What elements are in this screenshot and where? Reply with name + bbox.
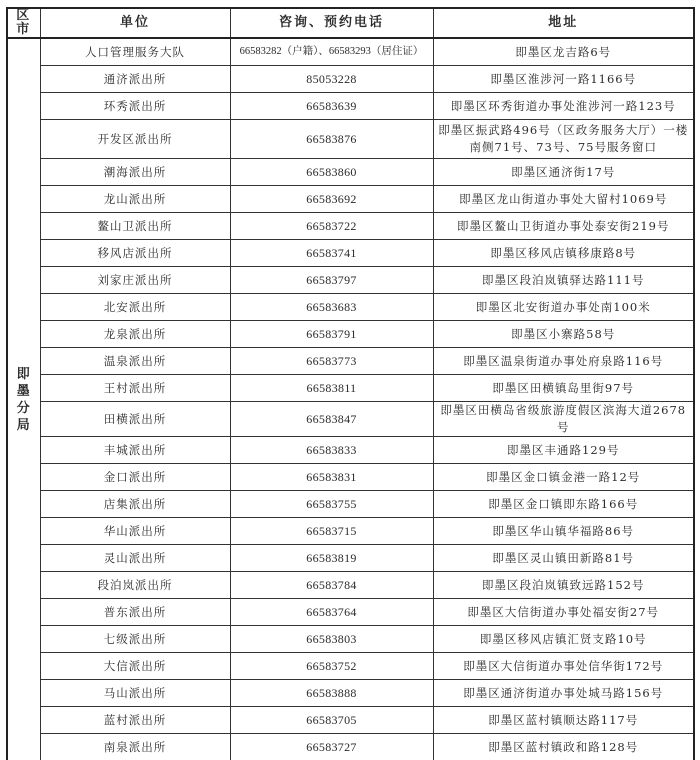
address-cell: 即墨区鳌山卫街道办事处泰安街219号 <box>433 213 694 240</box>
address-cell: 即墨区田横镇岛里街97号 <box>433 375 694 402</box>
address-cell: 即墨区金口镇即东路166号 <box>433 491 694 518</box>
unit-cell: 龙山派出所 <box>40 186 230 213</box>
table-row: 店集派出所66583755即墨区金口镇即东路166号 <box>7 491 694 518</box>
district-char: 即 <box>8 366 40 383</box>
table-row: 温泉派出所66583773即墨区温泉街道办事处府泉路116号 <box>7 348 694 375</box>
phone-cell: 66583722 <box>230 213 433 240</box>
unit-cell: 大信派出所 <box>40 653 230 680</box>
address-cell: 即墨区华山镇华福路86号 <box>433 518 694 545</box>
phone-cell: 66583755 <box>230 491 433 518</box>
phone-cell: 66583683 <box>230 294 433 321</box>
unit-cell: 开发区派出所 <box>40 120 230 159</box>
table-row: 田横派出所66583847即墨区田横岛省级旅游度假区滨海大道2678号 <box>7 402 694 437</box>
unit-cell: 移风店派出所 <box>40 240 230 267</box>
header-address: 地址 <box>433 8 694 38</box>
police-contact-table: 区市 单位 咨询、预约电话 地址 即墨分局人口管理服务大队66583282（户籍… <box>6 7 695 760</box>
unit-cell: 龙泉派出所 <box>40 321 230 348</box>
header-district: 区市 <box>7 8 40 38</box>
unit-cell: 鳌山卫派出所 <box>40 213 230 240</box>
address-cell: 即墨区移风店镇移康路8号 <box>433 240 694 267</box>
district-char: 墨 <box>8 383 40 400</box>
phone-cell: 66583784 <box>230 572 433 599</box>
address-cell: 即墨区小寨路58号 <box>433 321 694 348</box>
table-row: 金口派出所66583831即墨区金口镇金港一路12号 <box>7 464 694 491</box>
phone-cell: 66583705 <box>230 707 433 734</box>
phone-cell: 66583692 <box>230 186 433 213</box>
unit-cell: 段泊岚派出所 <box>40 572 230 599</box>
table-row: 通济派出所85053228即墨区淮涉河一路1166号 <box>7 66 694 93</box>
unit-cell: 人口管理服务大队 <box>40 38 230 66</box>
unit-cell: 普东派出所 <box>40 599 230 626</box>
phone-cell: 66583791 <box>230 321 433 348</box>
phone-cell: 85053228 <box>230 66 433 93</box>
address-cell: 即墨区龙吉路6号 <box>433 38 694 66</box>
phone-cell: 66583860 <box>230 159 433 186</box>
address-cell: 即墨区通济街17号 <box>433 159 694 186</box>
address-cell: 即墨区北安街道办事处南100米 <box>433 294 694 321</box>
table-row: 大信派出所66583752即墨区大信街道办事处信华街172号 <box>7 653 694 680</box>
phone-cell: 66583819 <box>230 545 433 572</box>
unit-cell: 丰城派出所 <box>40 437 230 464</box>
table-row: 丰城派出所66583833即墨区丰通路129号 <box>7 437 694 464</box>
unit-cell: 店集派出所 <box>40 491 230 518</box>
address-cell: 即墨区丰通路129号 <box>433 437 694 464</box>
address-cell: 即墨区龙山街道办事处大留村1069号 <box>433 186 694 213</box>
table-row: 即墨分局人口管理服务大队66583282（户籍）、66583293（居住证）即墨… <box>7 38 694 66</box>
phone-cell: 66583831 <box>230 464 433 491</box>
phone-cell: 66583715 <box>230 518 433 545</box>
table-row: 段泊岚派出所66583784即墨区段泊岚镇致远路152号 <box>7 572 694 599</box>
unit-cell: 金口派出所 <box>40 464 230 491</box>
table-row: 环秀派出所66583639即墨区环秀街道办事处淮涉河一路123号 <box>7 93 694 120</box>
phone-cell: 66583727 <box>230 734 433 760</box>
phone-cell: 66583639 <box>230 93 433 120</box>
header-row: 区市 单位 咨询、预约电话 地址 <box>7 8 694 38</box>
address-cell: 即墨区大信街道办事处福安街27号 <box>433 599 694 626</box>
address-cell: 即墨区大信街道办事处信华街172号 <box>433 653 694 680</box>
unit-cell: 温泉派出所 <box>40 348 230 375</box>
phone-cell: 66583752 <box>230 653 433 680</box>
unit-cell: 七级派出所 <box>40 626 230 653</box>
table-row: 移风店派出所66583741即墨区移风店镇移康路8号 <box>7 240 694 267</box>
phone-cell: 66583282（户籍）、66583293（居住证） <box>230 38 433 66</box>
table-row: 鳌山卫派出所66583722即墨区鳌山卫街道办事处泰安街219号 <box>7 213 694 240</box>
unit-cell: 潮海派出所 <box>40 159 230 186</box>
phone-cell: 66583833 <box>230 437 433 464</box>
table-row: 王村派出所66583811即墨区田横镇岛里街97号 <box>7 375 694 402</box>
table-row: 马山派出所66583888即墨区通济街道办事处城马路156号 <box>7 680 694 707</box>
unit-cell: 华山派出所 <box>40 518 230 545</box>
phone-cell: 66583764 <box>230 599 433 626</box>
phone-cell: 66583773 <box>230 348 433 375</box>
address-cell: 即墨区温泉街道办事处府泉路116号 <box>433 348 694 375</box>
unit-cell: 灵山派出所 <box>40 545 230 572</box>
address-cell: 即墨区金口镇金港一路12号 <box>433 464 694 491</box>
unit-cell: 刘家庄派出所 <box>40 267 230 294</box>
phone-cell: 66583847 <box>230 402 433 437</box>
address-cell: 即墨区振武路496号（区政务服务大厅）一楼南侧71号、73号、75号服务窗口 <box>433 120 694 159</box>
table-row: 潮海派出所66583860即墨区通济街17号 <box>7 159 694 186</box>
district-char: 分 <box>8 400 40 417</box>
district-cell: 即墨分局 <box>7 38 40 760</box>
unit-cell: 田横派出所 <box>40 402 230 437</box>
address-cell: 即墨区移风店镇汇贤支路10号 <box>433 626 694 653</box>
table-row: 北安派出所66583683即墨区北安街道办事处南100米 <box>7 294 694 321</box>
address-cell: 即墨区段泊岚镇致远路152号 <box>433 572 694 599</box>
header-phone: 咨询、预约电话 <box>230 8 433 38</box>
address-cell: 即墨区蓝村镇政和路128号 <box>433 734 694 760</box>
unit-cell: 通济派出所 <box>40 66 230 93</box>
phone-cell: 66583888 <box>230 680 433 707</box>
phone-cell: 66583803 <box>230 626 433 653</box>
unit-cell: 南泉派出所 <box>40 734 230 760</box>
table-row: 七级派出所66583803即墨区移风店镇汇贤支路10号 <box>7 626 694 653</box>
table-row: 灵山派出所66583819即墨区灵山镇田新路81号 <box>7 545 694 572</box>
table-row: 龙泉派出所66583791即墨区小寨路58号 <box>7 321 694 348</box>
unit-cell: 北安派出所 <box>40 294 230 321</box>
address-cell: 即墨区灵山镇田新路81号 <box>433 545 694 572</box>
table-row: 蓝村派出所66583705即墨区蓝村镇顺达路117号 <box>7 707 694 734</box>
table-row: 开发区派出所66583876即墨区振武路496号（区政务服务大厅）一楼南侧71号… <box>7 120 694 159</box>
unit-cell: 王村派出所 <box>40 375 230 402</box>
unit-cell: 蓝村派出所 <box>40 707 230 734</box>
table-row: 刘家庄派出所66583797即墨区段泊岚镇驿达路111号 <box>7 267 694 294</box>
address-cell: 即墨区田横岛省级旅游度假区滨海大道2678号 <box>433 402 694 437</box>
address-cell: 即墨区段泊岚镇驿达路111号 <box>433 267 694 294</box>
table-row: 普东派出所66583764即墨区大信街道办事处福安街27号 <box>7 599 694 626</box>
phone-cell: 66583876 <box>230 120 433 159</box>
unit-cell: 环秀派出所 <box>40 93 230 120</box>
address-cell: 即墨区通济街道办事处城马路156号 <box>433 680 694 707</box>
header-unit: 单位 <box>40 8 230 38</box>
table-row: 华山派出所66583715即墨区华山镇华福路86号 <box>7 518 694 545</box>
address-cell: 即墨区蓝村镇顺达路117号 <box>433 707 694 734</box>
table-row: 龙山派出所66583692即墨区龙山街道办事处大留村1069号 <box>7 186 694 213</box>
phone-cell: 66583811 <box>230 375 433 402</box>
table-row: 南泉派出所66583727即墨区蓝村镇政和路128号 <box>7 734 694 760</box>
address-cell: 即墨区淮涉河一路1166号 <box>433 66 694 93</box>
district-char: 局 <box>8 417 40 434</box>
unit-cell: 马山派出所 <box>40 680 230 707</box>
phone-cell: 66583797 <box>230 267 433 294</box>
address-cell: 即墨区环秀街道办事处淮涉河一路123号 <box>433 93 694 120</box>
phone-cell: 66583741 <box>230 240 433 267</box>
